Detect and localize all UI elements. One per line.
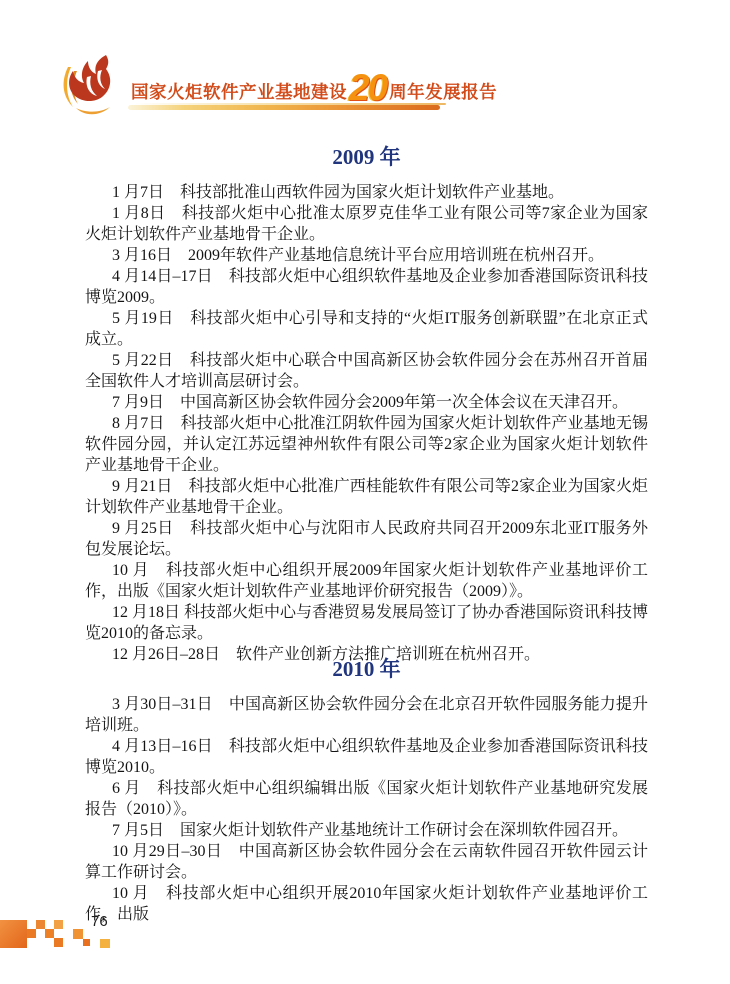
chronicle-entry: 5 月22日 科技部火炬中心联合中国高新区协会软件园分会在苏州召开首届全国软件人…	[85, 350, 648, 392]
pixel-square	[45, 929, 54, 938]
chronicle-entry: 10 月 科技部火炬中心组织开展2010年国家火炬计划软件产业基地评价工作，出版	[85, 883, 648, 925]
section-2009: 2009 年 1 月7日 科技部批准山西软件园为国家火炬计划软件产业基地。 1 …	[85, 144, 648, 665]
pixel-square	[0, 920, 27, 948]
pixel-square	[27, 929, 36, 938]
report-title-suffix: 周年发展报告	[389, 79, 497, 104]
chronicle-entry: 3 月16日 2009年软件产业基地信息统计平台应用培训班在杭州召开。	[85, 245, 648, 266]
pixel-square	[54, 938, 63, 947]
torch-flame-logo-svg	[58, 54, 124, 116]
report-header: 国家火炬软件产业基地建设 20 周年发展报告	[0, 0, 730, 130]
chronicle-entry: 10 月 科技部火炬中心组织开展2009年国家火炬计划软件产业基地评价工作，出版…	[85, 560, 648, 602]
chronicle-entry: 1 月8日 科技部火炬中心批准太原罗克佳华工业有限公司等7家企业为国家火炬计划软…	[85, 203, 648, 245]
chronicle-entry: 7 月5日 国家火炬计划软件产业基地统计工作研讨会在深圳软件园召开。	[85, 820, 648, 841]
pixel-square	[54, 920, 63, 929]
page-number: 76	[91, 913, 108, 930]
chronicle-entry: 6 月 科技部火炬中心组织编辑出版《国家火炬计划软件产业基地研究发展报告（201…	[85, 778, 648, 820]
chronicle-entry: 5 月19日 科技部火炬中心引导和支持的“火炬IT服务创新联盟”在北京正式成立。	[85, 308, 648, 350]
chronicle-entry: 8 月7日 科技部火炬中心批准江阴软件园为国家火炬计划软件产业基地无锡软件园分园…	[85, 413, 648, 476]
chronicle-entry: 1 月7日 科技部批准山西软件园为国家火炬计划软件产业基地。	[85, 182, 648, 203]
chronicle-entry: 12 月18日 科技部火炬中心与香港贸易发展局签订了协办香港国际资讯科技博览20…	[85, 602, 648, 644]
section-heading-2009: 2009 年	[85, 144, 648, 171]
section-heading-2010: 2010 年	[85, 656, 648, 683]
pixel-square	[36, 920, 45, 929]
chronicle-entry: 4 月13日–16日 科技部火炬中心组织软件基地及企业参加香港国际资讯科技博览2…	[85, 736, 648, 778]
torch-flame-logo-icon	[58, 54, 124, 116]
report-page: 国家火炬软件产业基地建设 20 周年发展报告 2009 年 1 月7日 科技部批…	[0, 0, 730, 984]
header-gradient-rule	[128, 105, 440, 110]
chronicle-entry: 9 月21日 科技部火炬中心批准广西桂能软件有限公司等2家企业为国家火炬计划软件…	[85, 476, 648, 518]
chronicle-entry: 3 月30日–31日 中国高新区协会软件园分会在北京召开软件园服务能力提升培训班…	[85, 694, 648, 736]
chronicle-entry: 7 月9日 中国高新区协会软件园分会2009年第一次全体会议在天津召开。	[85, 392, 648, 413]
section-2010: 2010 年 3 月30日–31日 中国高新区协会软件园分会在北京召开软件园服务…	[85, 656, 648, 925]
pixel-square	[100, 939, 110, 948]
chronicle-entry: 4 月14日–17日 科技部火炬中心组织软件基地及企业参加香港国际资讯科技博览2…	[85, 266, 648, 308]
pixel-square	[83, 939, 90, 946]
report-title-prefix: 国家火炬软件产业基地建设	[131, 79, 347, 104]
chronicle-entry: 10 月29日–30日 中国高新区协会软件园分会在云南软件园召开软件园云计算工作…	[85, 841, 648, 883]
pixel-square	[73, 929, 83, 939]
chronicle-entry: 9 月25日 科技部火炬中心与沈阳市人民政府共同召开2009东北亚IT服务外包发…	[85, 518, 648, 560]
